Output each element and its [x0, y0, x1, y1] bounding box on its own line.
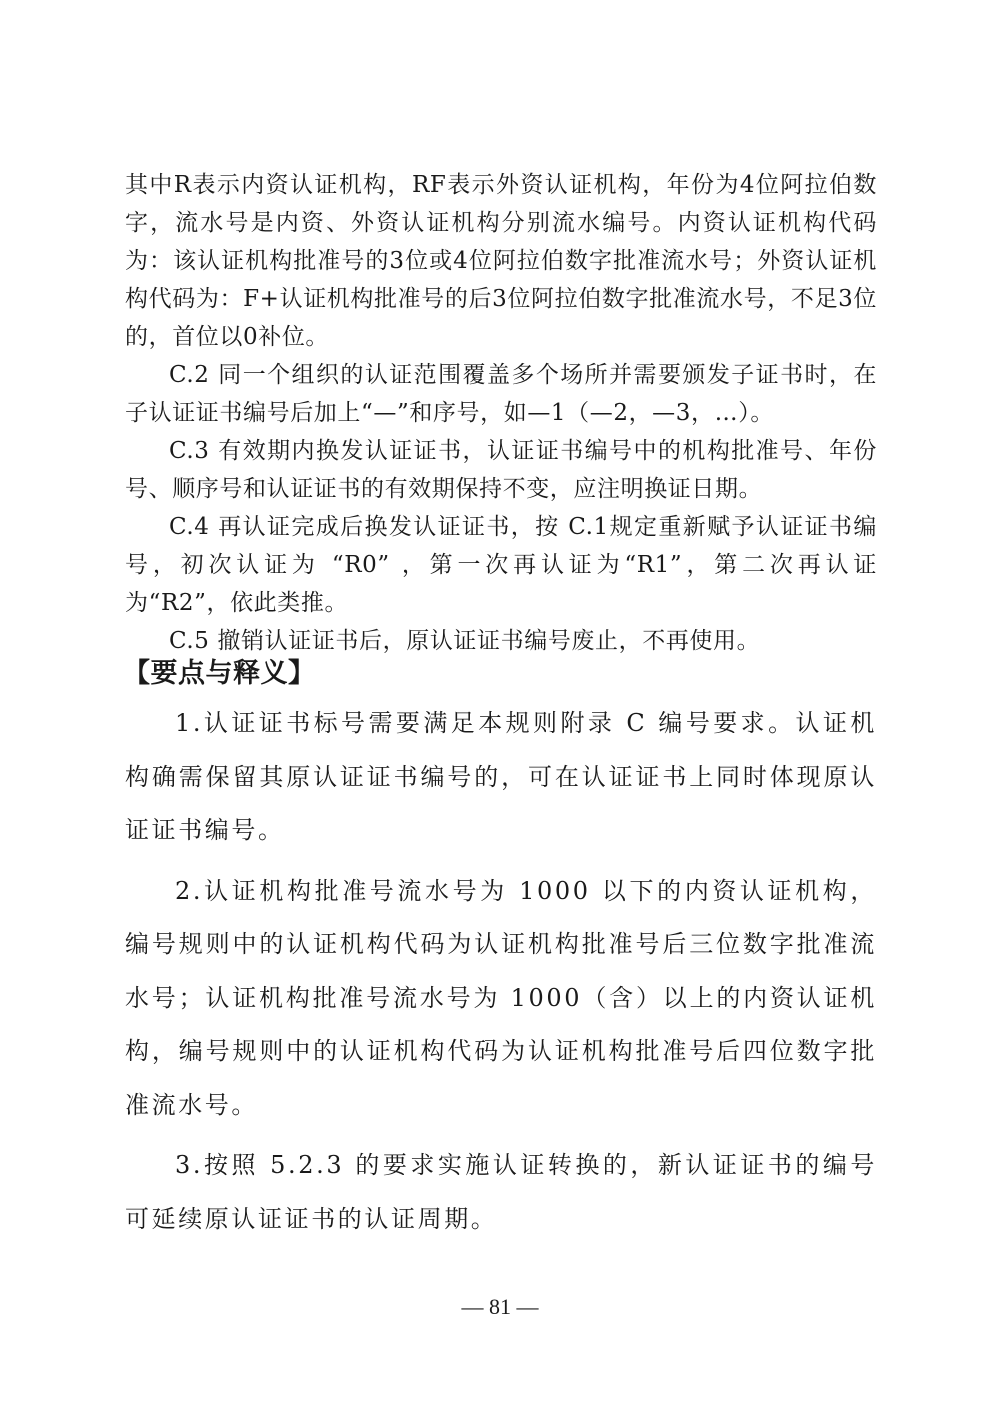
document-page: 其中R表示内资认证机构，RF表示外资认证机构，年份为4位阿拉伯数字，流水号是内资…: [0, 0, 1000, 1414]
page-number: — 81 —: [0, 1292, 1000, 1322]
key-point-2: 2.认证机构批准号流水号为 1000 以下的内资认证机构，编号规则中的认证机构代…: [125, 865, 877, 1133]
paragraph-c1-continued: 其中R表示内资认证机构，RF表示外资认证机构，年份为4位阿拉伯数字，流水号是内资…: [125, 166, 877, 356]
paragraph-c4: C.4 再认证完成后换发认证证书，按 C.1规定重新赋予认证证书编号，初次认证为…: [125, 508, 877, 622]
key-point-3: 3.按照 5.2.3 的要求实施认证转换的，新认证证书的编号可延续原认证证书的认…: [125, 1139, 877, 1246]
key-point-1: 1.认证证书标号需要满足本规则附录 C 编号要求。认证机构确需保留其原认证证书编…: [125, 697, 877, 858]
paragraph-c3: C.3 有效期内换发认证证书，认证证书编号中的机构批准号、年份号、顺序号和认证证…: [125, 432, 877, 508]
paragraph-c2: C.2 同一个组织的认证范围覆盖多个场所并需要颁发子证书时，在子认证证书编号后加…: [125, 356, 877, 432]
key-points-block: 1.认证证书标号需要满足本规则附录 C 编号要求。认证机构确需保留其原认证证书编…: [125, 697, 877, 1246]
section-heading: 【要点与释义】: [123, 654, 316, 694]
appendix-c-rules: 其中R表示内资认证机构，RF表示外资认证机构，年份为4位阿拉伯数字，流水号是内资…: [125, 166, 877, 660]
